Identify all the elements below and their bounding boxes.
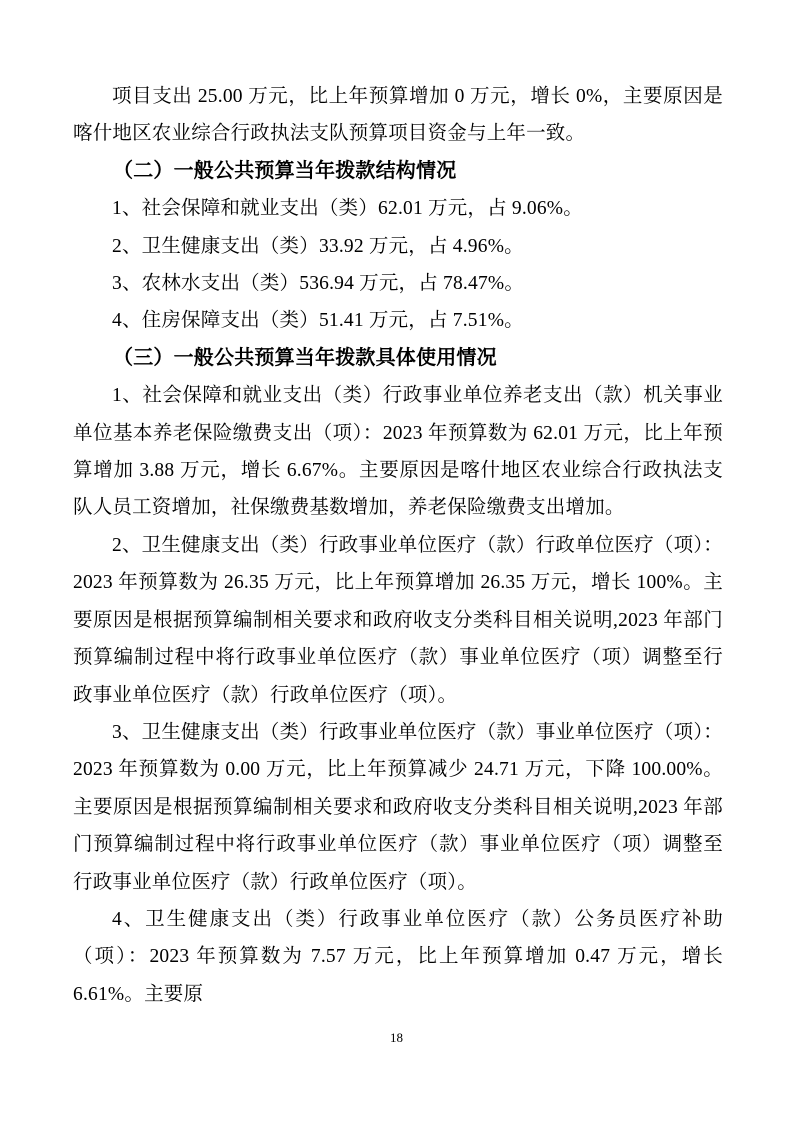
section-heading-2: （二）一般公共预算当年拨款结构情况: [73, 153, 723, 190]
document-page: 项目支出 25.00 万元，比上年预算增加 0 万元，增长 0%，主要原因是喀什…: [0, 0, 793, 1122]
page-number: 18: [0, 1030, 793, 1046]
list-item-health: 2、卫生健康支出（类）33.92 万元，占 4.96%。: [73, 228, 723, 265]
list-item-housing: 4、住房保障支出（类）51.41 万元，占 7.51%。: [73, 302, 723, 339]
paragraph-pension-detail: 1、社会保障和就业支出（类）行政事业单位养老支出（款）机关事业单位基本养老保险缴…: [73, 377, 723, 527]
paragraph-admin-medical-detail: 2、卫生健康支出（类）行政事业单位医疗（款）行政单位医疗（项）：2023 年预算…: [73, 527, 723, 714]
section-heading-3: （三）一般公共预算当年拨款具体使用情况: [73, 340, 723, 377]
paragraph-institution-medical-detail: 3、卫生健康支出（类）行政事业单位医疗（款）事业单位医疗（项）：2023 年预算…: [73, 714, 723, 901]
list-item-social-security: 1、社会保障和就业支出（类）62.01 万元，占 9.06%。: [73, 190, 723, 227]
list-item-agriculture: 3、农林水支出（类）536.94 万元，占 78.47%。: [73, 265, 723, 302]
paragraph-civil-servant-medical-detail: 4、卫生健康支出（类）行政事业单位医疗（款）公务员医疗补助（项）：2023 年预…: [73, 901, 723, 1013]
paragraph-project-expense: 项目支出 25.00 万元，比上年预算增加 0 万元，增长 0%，主要原因是喀什…: [73, 78, 723, 153]
document-body: 项目支出 25.00 万元，比上年预算增加 0 万元，增长 0%，主要原因是喀什…: [73, 78, 723, 1013]
